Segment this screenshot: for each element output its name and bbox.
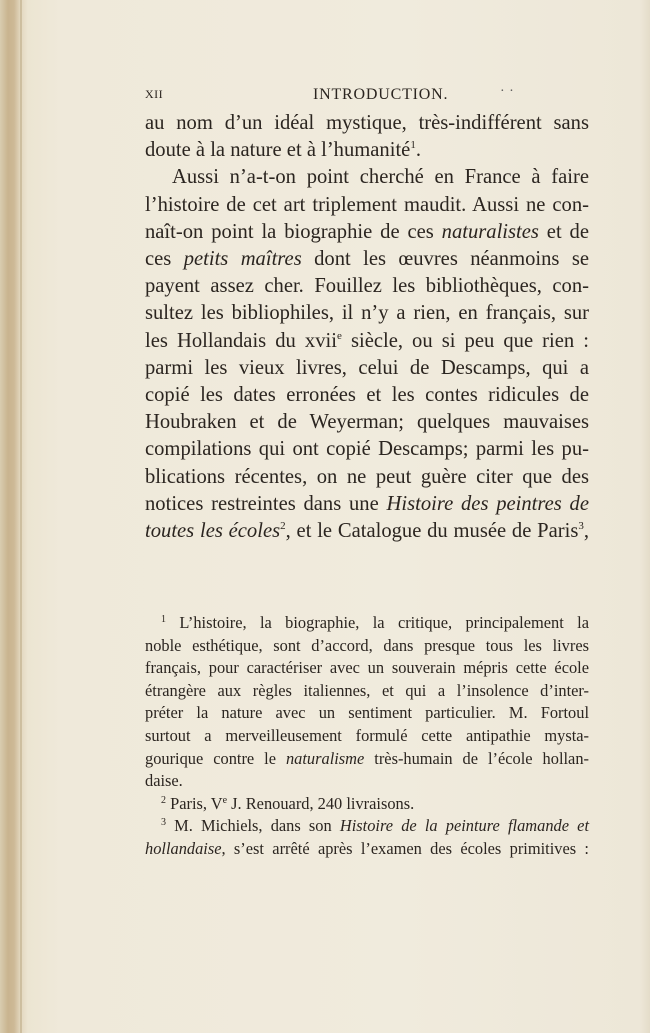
text: très-humain de l’école hollan-: [364, 749, 589, 768]
text: surtout a merveilleusement formulé cette…: [145, 726, 589, 745]
text: sultez les bibliophiles, il n’y a rien, …: [145, 302, 589, 324]
text: notices restreintes dans une: [145, 493, 387, 515]
text: parmi les vieux livres, celui de Descamp…: [145, 357, 589, 379]
page-number: XII: [145, 87, 163, 102]
italic-text: naturalisme: [286, 749, 364, 768]
footnote-line: 1 L’histoire, la biographie, la critique…: [145, 612, 589, 635]
footnote-line: étrangère aux règles italiennes, et qui …: [145, 680, 589, 703]
footnote-line: français, pour caractériser avec un souv…: [145, 657, 589, 680]
text-line: toutes les écoles2, et le Catalogue du m…: [145, 518, 589, 545]
text: doute à la nature et à l’humanité: [145, 139, 410, 161]
running-head: XII INTRODUCTION. · ·: [145, 87, 590, 107]
footnotes: 1 L’histoire, la biographie, la critique…: [145, 612, 589, 861]
text-line: copié les dates erronées et les contes r…: [145, 382, 589, 409]
text: les Hollandais du xvii: [145, 330, 337, 352]
italic-text: naturalistes: [442, 221, 539, 243]
text: , s’est arrêté après l’examen des écoles…: [222, 839, 590, 858]
text-line: les Hollandais du xviie siècle, ou si pe…: [145, 328, 589, 355]
text: payent assez cher. Fouillez les biblioth…: [145, 275, 589, 297]
italic-text: Histoire des peintres de: [387, 493, 590, 515]
footnote-line: daise.: [145, 770, 589, 793]
italic-text: hollandaise: [145, 839, 222, 858]
ornament: · ·: [500, 84, 514, 100]
italic-text: Histoire de la peinture flamande et: [340, 816, 589, 835]
text: daise.: [145, 771, 183, 790]
text-line: Houbraken et de Weyerman; quelques mauva…: [145, 409, 589, 436]
text-line: sultez les bibliophiles, il n’y a rien, …: [145, 300, 589, 327]
main-text: au nom d’un idéal mystique, très-indiffé…: [145, 110, 589, 545]
text: Houbraken et de Weyerman; quelques mauva…: [145, 411, 589, 433]
text-line: payent assez cher. Fouillez les biblioth…: [145, 273, 589, 300]
footnote-line: noble esthétique, sont d’accord, dans pr…: [145, 635, 589, 658]
text: naît-on point la biographie de ces: [145, 221, 442, 243]
text: et de: [539, 221, 589, 243]
text: français, pour caractériser avec un souv…: [145, 658, 589, 677]
text-line: doute à la nature et à l’humanité1.: [145, 137, 589, 164]
text: l’histoire de cet art triplement maudit.…: [145, 194, 589, 216]
italic-text: toutes les écoles: [145, 520, 280, 542]
text: J. Renouard, 240 livraisons.: [227, 794, 414, 813]
text-line: au nom d’un idéal mystique, très-indiffé…: [145, 110, 589, 137]
text: ces: [145, 248, 184, 270]
text: blications récentes, on ne peut guère ci…: [145, 466, 589, 488]
text: siècle, ou si peu que rien :: [342, 330, 589, 352]
book-page: XII INTRODUCTION. · · au nom d’un idéal …: [0, 0, 650, 1033]
text: au nom d’un idéal mystique, très-indiffé…: [145, 112, 589, 134]
page-binding-edge: [20, 0, 22, 1033]
text: étrangère aux règles italiennes, et qui …: [145, 681, 589, 700]
text: L’histoire, la biographie, la critique, …: [166, 613, 589, 632]
footnote-line: 3 M. Michiels, dans son Histoire de la p…: [145, 815, 589, 838]
text: ,: [584, 520, 589, 542]
text-line: naît-on point la biographie de ces natur…: [145, 219, 589, 246]
text-line: parmi les vieux livres, celui de Descamp…: [145, 355, 589, 382]
text: gourique contre le: [145, 749, 286, 768]
chapter-title: INTRODUCTION.: [313, 86, 448, 104]
text: Aussi n’a-t-on point cherché en France à…: [172, 166, 589, 188]
text: .: [416, 139, 421, 161]
text: compilations qui ont copié Descamps; par…: [145, 438, 589, 460]
text-line: notices restreintes dans une Histoire de…: [145, 491, 589, 518]
footnote-line: 2 Paris, Ve J. Renouard, 240 livraisons.: [145, 793, 589, 816]
text-line: compilations qui ont copié Descamps; par…: [145, 436, 589, 463]
text: préter la nature avec un sentiment parti…: [145, 703, 589, 722]
text-line: Aussi n’a-t-on point cherché en France à…: [145, 164, 589, 191]
text: M. Michiels, dans son: [166, 816, 340, 835]
text-line: l’histoire de cet art triplement maudit.…: [145, 192, 589, 219]
text: dont les œuvres néanmoins se: [302, 248, 589, 270]
footnote-line: hollandaise, s’est arrêté après l’examen…: [145, 838, 589, 861]
footnote-line: gourique contre le naturalisme très-huma…: [145, 748, 589, 771]
text-line: blications récentes, on ne peut guère ci…: [145, 464, 589, 491]
text-line: ces petits maîtres dont les œuvres néanm…: [145, 246, 589, 273]
text: copié les dates erronées et les contes r…: [145, 384, 589, 406]
footnote-line: préter la nature avec un sentiment parti…: [145, 702, 589, 725]
text: , et le Catalogue du musée de Paris: [286, 520, 579, 542]
text: noble esthétique, sont d’accord, dans pr…: [145, 636, 589, 655]
text: Paris, V: [166, 794, 223, 813]
footnote-line: surtout a merveilleusement formulé cette…: [145, 725, 589, 748]
italic-text: petits maîtres: [184, 248, 302, 270]
